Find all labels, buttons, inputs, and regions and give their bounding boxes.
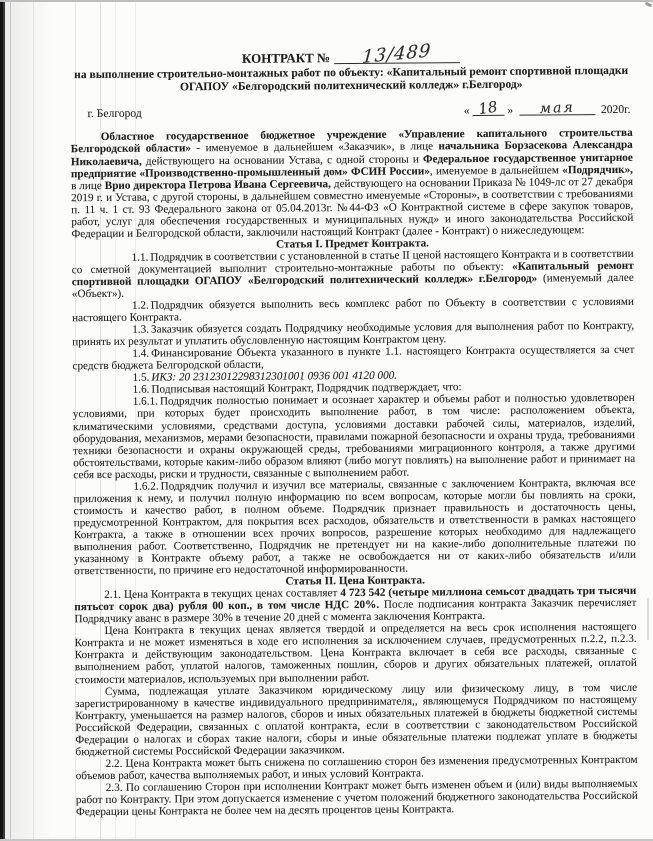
paper-crease: [33, 0, 34, 841]
date-month-handwritten: мая: [539, 104, 575, 114]
clause-number: 1.6.2.: [103, 480, 160, 492]
clause-number: 1.2.: [102, 300, 151, 312]
clause-number: 1.1.: [102, 251, 151, 263]
date-year: 2020г.: [601, 103, 631, 116]
paragraph: Цена Контракта в текущих ценах является …: [75, 621, 637, 686]
date-month-blank: мая: [519, 105, 595, 116]
clause-number: 1.6.1.: [103, 396, 160, 408]
date-day-blank: 18: [472, 105, 504, 116]
text-run: Цена Контракта в текущих ценах является …: [75, 621, 637, 686]
scan-edge-top: [0, 0, 653, 2]
scan-edge-left: [0, 0, 5, 841]
contract-number-handwritten: 13/489: [362, 46, 432, 63]
paragraph: 2.3. По соглашению Сторон при исполнении…: [76, 778, 638, 819]
text-run: , именуемое в дальнейшем: [430, 164, 562, 177]
text-run: Статья I. Предмет Контракта.: [276, 237, 429, 250]
body-paragraphs: Областное государственное бюджетное учре…: [71, 127, 638, 818]
text-run: Статья II. Цена Контракта.: [285, 575, 425, 588]
contract-content: КОНТРАКТ №13/489 на выполнение строитель…: [70, 48, 638, 818]
scan-smudge: [647, 598, 649, 640]
clause-number: 1.4.: [102, 348, 151, 360]
place-date-row: г. Белгород « 18 » мая 2020г.: [70, 103, 632, 120]
paragraph: 1.6.1.Подрядчик полностью понимает и осо…: [73, 392, 636, 481]
text-run: 2.3. По соглашению Сторон при исполнении…: [76, 778, 638, 819]
document-page: КОНТРАКТ №13/489 на выполнение строитель…: [0, 0, 653, 841]
contract-title-label: КОНТРАКТ №: [242, 50, 330, 66]
clause-number: 1.6.: [103, 384, 152, 396]
text-run: Подрядчик получил и изучил все материалы…: [73, 477, 636, 578]
contract-date: « 18 » мая 2020г.: [464, 103, 633, 117]
text-run: «Подрядчик»,: [562, 163, 633, 176]
paragraph: 2.1. Цена Контракта в текущих ценах сост…: [74, 585, 636, 626]
contract-number-blank: 13/489: [334, 51, 460, 64]
text-run: Сумма, подлежащая уплате Заказчиком юрид…: [75, 681, 637, 758]
scan-smudge: [645, 2, 653, 8]
paragraph: Сумма, подлежащая уплате Заказчиком юрид…: [75, 681, 638, 758]
paragraph: Областное государственное бюджетное учре…: [71, 127, 634, 240]
paper-crease: [10, 0, 11, 841]
paragraph: 1.1.Подрядчик в соответствии с установле…: [72, 248, 634, 301]
clause-number: 1.5.: [103, 372, 152, 384]
paragraph: 1.6.2.Подрядчик получил и изучил все мат…: [73, 477, 636, 578]
place-label: г. Белгород: [87, 107, 141, 120]
date-open-quote: «: [464, 104, 470, 117]
text-run: в лице: [71, 180, 105, 192]
date-close-quote: »: [507, 104, 513, 117]
date-day-handwritten: 18: [478, 103, 498, 115]
clause-number: 1.3.: [102, 324, 151, 336]
